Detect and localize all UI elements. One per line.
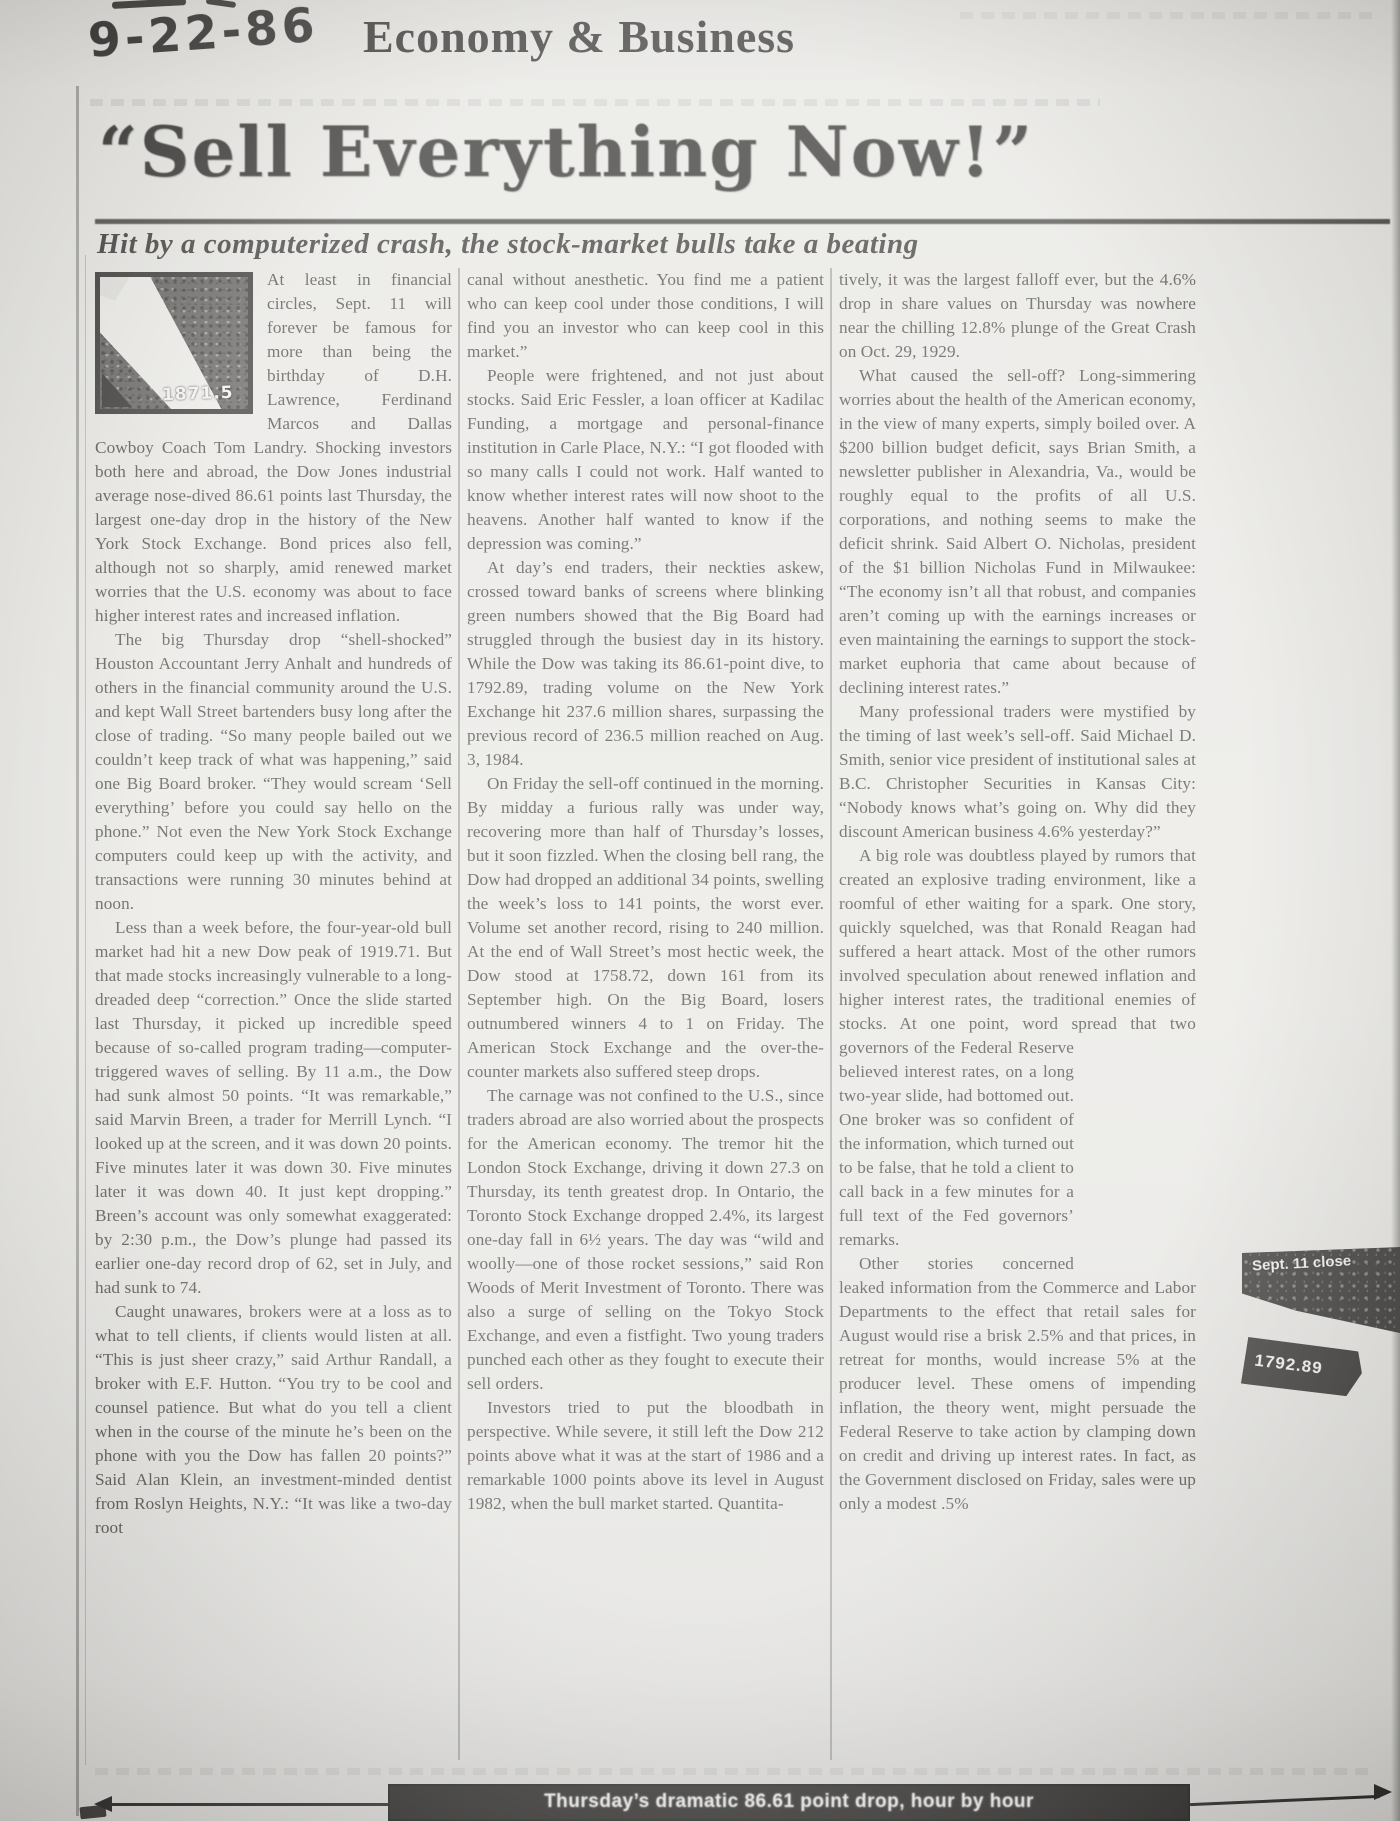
- headline-rule: [95, 219, 1390, 224]
- inset-close-value: 1792.89: [1253, 1351, 1323, 1379]
- falling-chart-dropcap-graphic: 1871.5: [95, 272, 253, 414]
- article-paragraph: A big role was doubtless played by rumor…: [839, 844, 1196, 1252]
- section-header: Economy & Business: [363, 10, 795, 63]
- article-paragraph: Caught unawares, brokers were at a loss …: [95, 1300, 452, 1540]
- chart-caption-banner: Thursday’s dramatic 86.61 point drop, ho…: [388, 1784, 1190, 1821]
- article-paragraph: Other stories concerned leaked informati…: [839, 1252, 1196, 1516]
- article-paragraph: People were frightened, and not just abo…: [467, 364, 824, 556]
- scan-margin-line: [85, 255, 86, 1765]
- scan-artifact: [90, 99, 1100, 106]
- inset-flag-shape: Sept. 11 close: [1242, 1247, 1400, 1333]
- scan-edge-line: [76, 86, 79, 1816]
- chart-axis-line: [110, 1803, 390, 1806]
- scan-artifact: [960, 12, 1380, 19]
- inset-value-shape: 1792.89: [1241, 1334, 1365, 1402]
- article-paragraph: tively, it was the largest falloff ever,…: [839, 268, 1196, 364]
- scanned-article-page: 9-22-86 Economy & Business “Sell Everyth…: [0, 0, 1400, 1821]
- article-paragraph: What caused the sell-off? Long-simmering…: [839, 364, 1196, 700]
- inset-caption: Sept. 11 close: [1252, 1252, 1352, 1274]
- subhead: Hit by a computerized crash, the stock-m…: [97, 228, 919, 261]
- article-paragraph: On Friday the sell-off continued in the …: [467, 772, 824, 1084]
- right-arrow-icon: [1374, 1784, 1392, 1800]
- inset-wrap-spacer: [1084, 1036, 1196, 1256]
- article-body: 1871.5 At least in financial circles, Se…: [95, 268, 1395, 1760]
- down-triangle-icon: [102, 373, 132, 407]
- article-paragraph: Less than a week before, the four-year-o…: [95, 916, 452, 1300]
- dropcap-index-value: 1871.5: [162, 381, 234, 407]
- article-paragraph: canal without anesthetic. You find me a …: [467, 268, 824, 364]
- column-2: canal without anesthetic. You find me a …: [467, 268, 824, 1760]
- article-paragraph: Investors tried to put the bloodbath in …: [467, 1396, 824, 1516]
- paragraph-text: A big role was doubtless played by rumor…: [839, 846, 1196, 1057]
- article-paragraph: Many professional traders were mystified…: [839, 700, 1196, 844]
- headline: “Sell Everything Now!”: [98, 112, 1034, 193]
- column-3: tively, it was the largest falloff ever,…: [839, 268, 1196, 1760]
- handwritten-date: 9-22-86: [86, 0, 320, 69]
- article-paragraph: At day’s end traders, their neckties ask…: [467, 556, 824, 772]
- column-divider: [458, 268, 460, 1760]
- chart-caption: Thursday’s dramatic 86.61 point drop, ho…: [390, 1791, 1188, 1813]
- article-paragraph: The carnage was not confined to the U.S.…: [467, 1084, 824, 1396]
- scan-artifact: [95, 1768, 1375, 1775]
- chart-axis-line: [1190, 1795, 1380, 1806]
- column-1: 1871.5 At least in financial circles, Se…: [95, 268, 452, 1760]
- sept11-close-inset-graphic: Sept. 11 close 1792.89: [1242, 1247, 1400, 1417]
- column-divider: [830, 268, 832, 1760]
- article-paragraph: The big Thursday drop “shell-shocked” Ho…: [95, 628, 452, 916]
- paragraph-text: the Federal Reserve believed interest ra…: [839, 1038, 1074, 1249]
